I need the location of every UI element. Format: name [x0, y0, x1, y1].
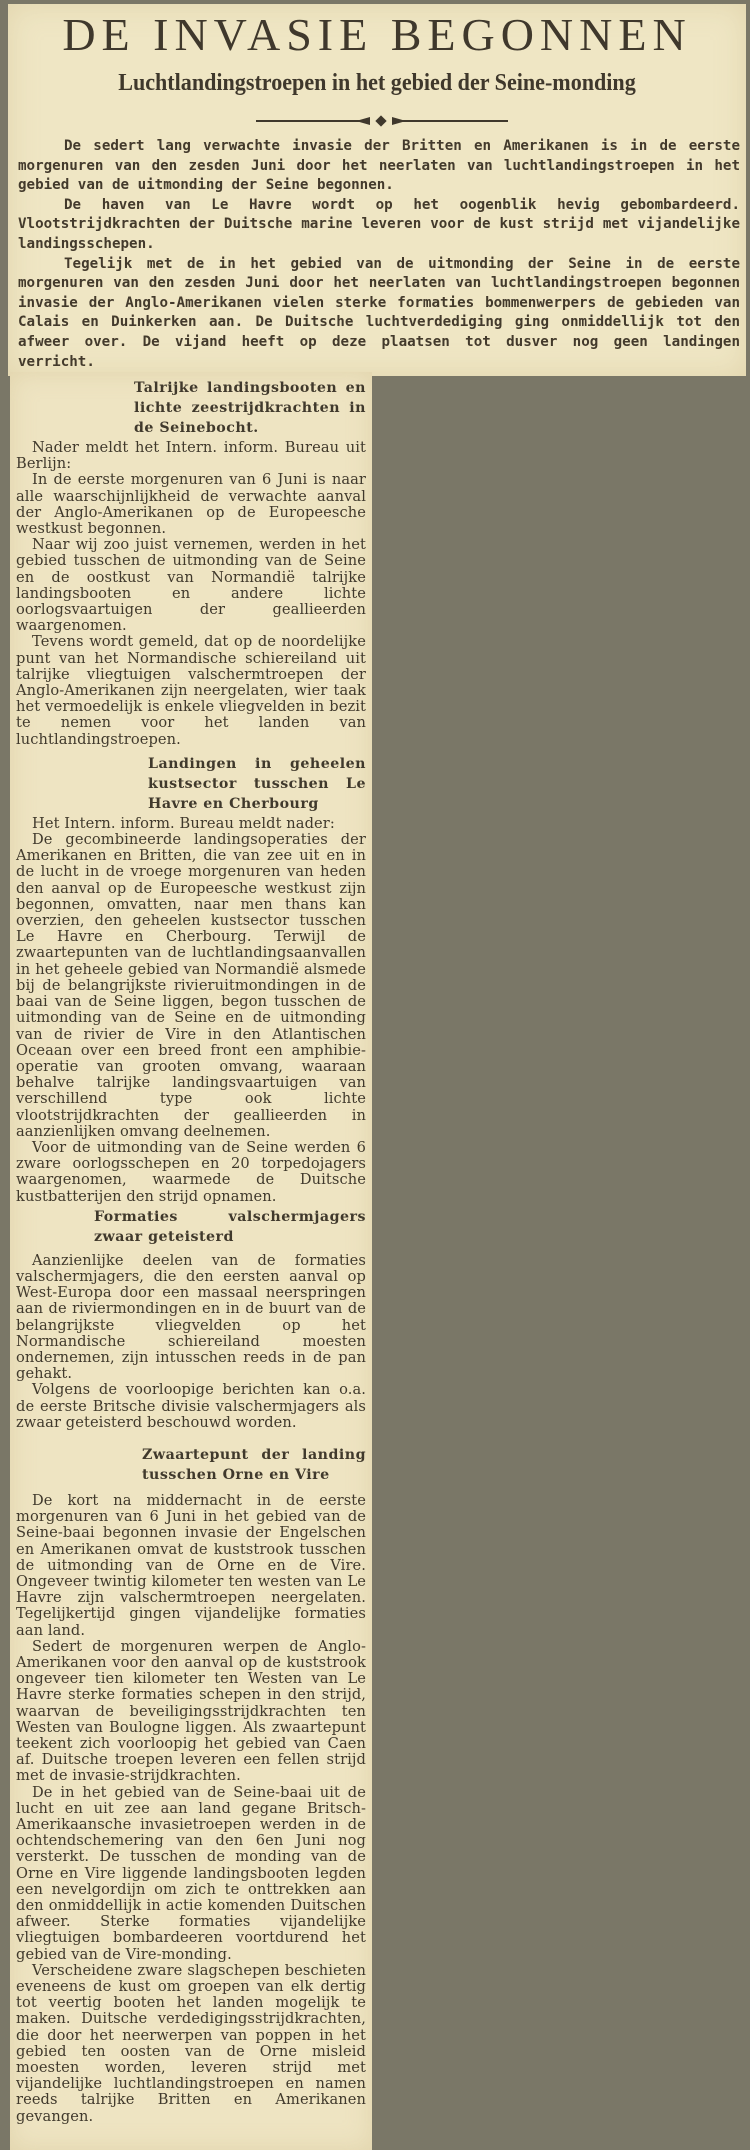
paragraph: Aanzienlijke deelen van de formaties val… — [16, 1253, 366, 1383]
section-heading: Landingen in geheelen kustsector tussche… — [148, 754, 366, 814]
paragraph: In de eerste morgenuren van 6 Juni is na… — [16, 472, 366, 537]
section-heading: Formaties valschermjagers zwaar geteiste… — [94, 1207, 366, 1247]
paragraph: Tevens wordt gemeld, dat op de noordelij… — [16, 634, 366, 747]
paragraph: Naar wij zoo juist vernemen, werden in h… — [16, 537, 366, 634]
paragraph: Nader meldt het Intern. inform. Bureau u… — [16, 440, 366, 472]
paragraph: De in het gebied van de Seine-baai uit d… — [16, 1785, 366, 1963]
ornament-divider-icon — [256, 116, 508, 126]
section-heading: Zwaartepunt der landing tusschen Orne en… — [142, 1445, 366, 1485]
paragraph: De kort na middernacht in de eerste morg… — [16, 1493, 366, 1639]
paragraph: Verscheidene zware slagschepen beschiete… — [16, 1963, 366, 2125]
newspaper-clipping-column: Talrijke landingsbooten en lichte zeestr… — [10, 372, 372, 2150]
lead-paragraph: Tegelijk met de in het gebied van de uit… — [18, 255, 740, 373]
lead-paragraph: De sedert lang verwachte invasie der Bri… — [18, 137, 740, 196]
paragraph: Sedert de morgenuren werpen de Anglo-Ame… — [16, 1639, 366, 1785]
subheadline: Luchtlandingstroepen in het gebied der S… — [38, 70, 717, 97]
article-column: Talrijke landingsbooten en lichte zeestr… — [16, 372, 366, 2125]
lead-text: De sedert lang verwachte invasie der Bri… — [18, 137, 740, 372]
newspaper-clipping-header: DE INVASIE BEGONNEN Luchtlandingstroepen… — [8, 4, 746, 376]
section-heading: Talrijke landingsbooten en lichte zeestr… — [134, 378, 366, 438]
lead-paragraph: De haven van Le Havre wordt op het oogen… — [18, 196, 740, 255]
paragraph: Het Intern. inform. Bureau meldt nader: — [16, 816, 366, 832]
headline: DE INVASIE BEGONNEN — [8, 10, 746, 60]
paragraph: De gecombineerde landingsoperaties der A… — [16, 832, 366, 1140]
paragraph: Volgens de voorloopige berichten kan o.a… — [16, 1382, 366, 1431]
paragraph: Voor de uitmonding van de Seine werden 6… — [16, 1140, 366, 1205]
